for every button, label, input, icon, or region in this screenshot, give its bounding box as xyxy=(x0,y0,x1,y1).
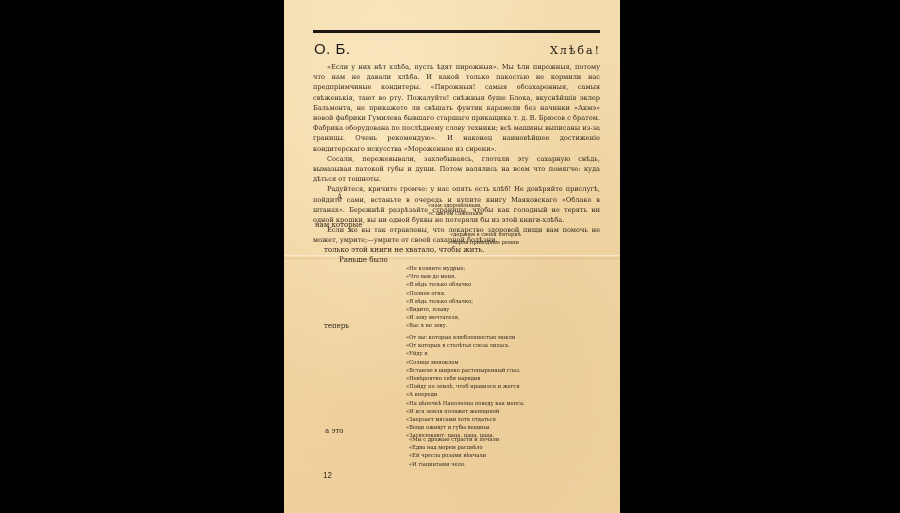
verse-line: «Я вѣдь только облачко xyxy=(406,281,473,289)
verse-group-5: «Мы с дрожью страсти и печали «Едва над … xyxy=(409,436,499,469)
verse-line: «Уйду я xyxy=(406,350,525,358)
verse-line: «Полное огня. xyxy=(406,290,473,298)
verse-line: «Солнце моноклем xyxy=(406,359,525,367)
label-a: А xyxy=(337,193,342,201)
label-ranshe: Раньше было xyxy=(339,256,388,264)
verse-line: «Вещи оживут и губы вещины xyxy=(406,424,525,432)
verse-line: «Вставлю в широко растопыренный глаз. xyxy=(406,367,525,375)
verse-line: «Мы с дрожью страсти и печали xyxy=(409,436,499,444)
article-title: Хлѣба! xyxy=(550,44,601,57)
paper-crease xyxy=(284,255,620,256)
verse-group-1: «нам здоровенным, «с шагом саженьим xyxy=(428,202,483,218)
paragraph: Сосали, пережевывали, захлебываясь, глот… xyxy=(313,154,600,185)
verse-line: «Заерзает мясами хотя отдаться xyxy=(406,416,525,424)
verse-line: «Не кляните мудрые; xyxy=(406,265,473,273)
verse-line: «держим в своей пятернѣ xyxy=(450,231,521,239)
verse-line: «Ей чресла розами вѣнчали xyxy=(409,452,499,460)
verse-group-4: «От вас которые влюбленностью мокли «От … xyxy=(406,334,525,441)
verse-line: «Что вам до меня. xyxy=(406,273,473,281)
verse-line: «А впереди xyxy=(406,391,525,399)
verse-line: «От вас которые влюбленностью мокли xyxy=(406,334,525,342)
verse-line: «И вся земля поляжет женщиной xyxy=(406,408,525,416)
verse-line: «На цѣпочкѣ Наполеона поведу как мопса. xyxy=(406,400,525,408)
page-number: 12 xyxy=(323,471,332,480)
verse-line: «И зову мечтателя, xyxy=(406,314,473,322)
header-rule xyxy=(313,30,600,33)
verse-line: «Пойду по землѣ, чтоб нравился и жегся xyxy=(406,383,525,391)
verse-line: «Вас я не зову. xyxy=(406,322,473,330)
paper-crease-shadow xyxy=(284,258,620,259)
paragraph: «Если у них нѣт хлѣба, пусть ѣдят пирожн… xyxy=(313,62,600,154)
verse-group-2: «держим в своей пятернѣ «міров приводные… xyxy=(450,231,521,247)
verse-line: «Невѣроятно себя нарядив xyxy=(406,375,525,383)
verse-line: «Я вѣдь только облачко; xyxy=(406,298,473,306)
label-nam-kotorye: нам которые xyxy=(315,221,362,229)
author-initials: О. Б. xyxy=(314,41,351,58)
verse-line: «Видите, плыву xyxy=(406,306,473,314)
verse-line: «Едва над морем расцвѣло xyxy=(409,444,499,452)
verse-line: «нам здоровенным, xyxy=(428,202,483,210)
verse-group-3: «Не кляните мудрые; «Что вам до меня. «Я… xyxy=(406,265,473,331)
label-teper: теперь xyxy=(324,322,349,330)
verse-line: «От которых в столѣтья слеза лилась xyxy=(406,342,525,350)
verse-line: «с шагом саженьим xyxy=(428,210,483,218)
verse-line: «И гіацинтами чело. xyxy=(409,461,499,469)
label-tolko: только этой книги не хватало, чтобы жить… xyxy=(324,246,484,254)
document-page: О. Б. Хлѣба! «Если у них нѣт хлѣба, пуст… xyxy=(284,0,620,513)
label-a-eto: а это xyxy=(325,427,343,435)
